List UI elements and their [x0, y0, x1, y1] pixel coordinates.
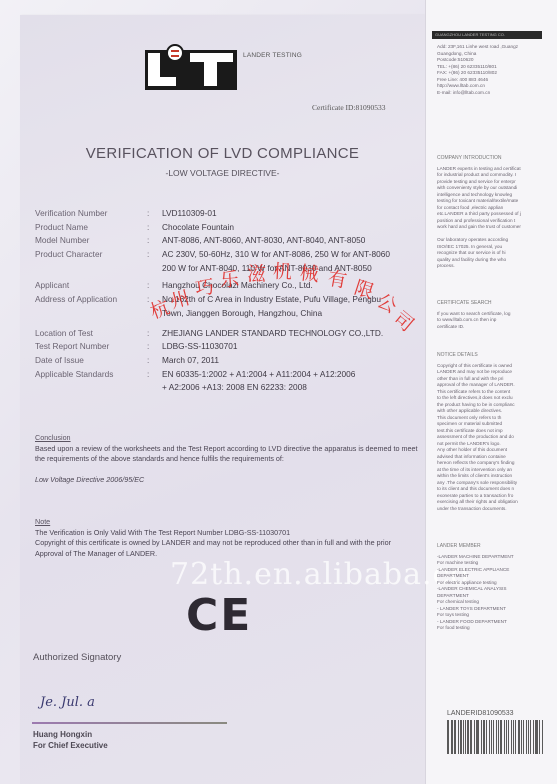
- field-separator: :: [147, 235, 149, 245]
- field-label: Product Name: [35, 222, 88, 232]
- field-value: LDBG-SS-11030701: [162, 341, 238, 351]
- field-row: Verification Number:LVD110309-01: [35, 208, 425, 222]
- member-line: For food testing: [437, 625, 555, 632]
- field-value: AC 230V, 50-60Hz, 310 W for ANT-8086, 25…: [162, 249, 390, 259]
- intro-line: process.: [437, 263, 555, 270]
- conclusion-section: Conclusion Based upon a review of the wo…: [35, 433, 420, 485]
- field-row: Location of Test:ZHEJIANG LANDER STANDAR…: [35, 328, 425, 342]
- lander-member: LANDER MEMBER-LANDER MACHINE DEPARTMENT …: [437, 543, 555, 632]
- directive-reference: Low Voltage Directive 2006/95/EC: [35, 475, 420, 486]
- field-label: Location of Test: [35, 328, 93, 338]
- note-heading: Note: [35, 517, 420, 528]
- certificate-sheet: [20, 15, 425, 784]
- field-row: Address of Application:No.162th of C Are…: [35, 294, 425, 308]
- signer-block: Huang Hongxin For Chief Executive: [33, 729, 108, 751]
- field-row: + A2:2006 +A13: 2008 EN 62233: 2008: [35, 382, 425, 396]
- intro-heading: COMPANY INTRODUCTION: [437, 155, 555, 162]
- field-value: Chocolate Fountain: [162, 222, 234, 232]
- field-list: Verification Number:LVD110309-01Product …: [35, 208, 425, 396]
- field-value: Town, Jianggen Borough, Hangzhou, China: [162, 308, 322, 318]
- field-value: ZHEJIANG LANDER STANDARD TECHNOLOGY CO.,…: [162, 328, 383, 338]
- field-row: Applicant:Hangzhou Chocolazi Machinery C…: [35, 280, 425, 294]
- field-value: 200 W for ANT-8040, 110 W for ANT-8030 a…: [162, 263, 372, 273]
- field-value: March 07, 2011: [162, 355, 219, 365]
- field-separator: :: [147, 208, 149, 218]
- field-separator: :: [147, 328, 149, 338]
- field-row: 200 W for ANT-8040, 110 W for ANT-8030 a…: [35, 263, 425, 277]
- field-label: Date of Issue: [35, 355, 84, 365]
- field-row: Model Number:ANT-8086, ANT-8060, ANT-803…: [35, 235, 425, 249]
- field-separator: :: [147, 294, 149, 304]
- member-heading: LANDER MEMBER: [437, 543, 555, 550]
- field-value: No.162th of C Area in Industry Estate, P…: [162, 294, 381, 304]
- field-row: Applicable Standards:EN 60335-1:2002 + A…: [35, 369, 425, 383]
- field-label: Model Number: [35, 235, 89, 245]
- signature-line: [32, 722, 227, 724]
- field-row: Product Name:Chocolate Fountain: [35, 222, 425, 236]
- document-title: VERIFICATION OF LVD COMPLIANCE: [20, 145, 425, 162]
- field-value: LVD110309-01: [162, 208, 217, 218]
- contact-info: Add: 23F,161 Linhe west road ,GuangzGuan…: [437, 44, 555, 96]
- barcode-icon: [447, 720, 544, 754]
- note-validity: The Verification is Only Valid With The …: [35, 528, 420, 539]
- field-value: + A2:2006 +A13: 2008 EN 62233: 2008: [162, 382, 307, 392]
- field-label: Test Report Number: [35, 341, 109, 351]
- field-label: Address of Application: [35, 294, 117, 304]
- search-line: certificate ID.: [437, 324, 555, 331]
- field-value: ANT-8086, ANT-8060, ANT-8030, ANT-8040, …: [162, 235, 365, 245]
- field-separator: :: [147, 249, 149, 259]
- field-separator: :: [147, 222, 149, 232]
- field-separator: :: [147, 341, 149, 351]
- notice-details: NOTICE DETAILSCopyright of this certific…: [437, 352, 555, 512]
- field-separator: :: [147, 355, 149, 365]
- field-label: Applicable Standards: [35, 369, 113, 379]
- contact-line: E-mail: info@lltab.com.cn: [437, 90, 555, 97]
- field-value: EN 60335-1:2002 + A1:2004 + A11:2004 + A…: [162, 369, 355, 379]
- field-row: Product Character:AC 230V, 50-60Hz, 310 …: [35, 249, 425, 263]
- field-value: Hangzhou Chocolazi Machinery Co., Ltd.: [162, 280, 313, 290]
- sidebar-header-bar: GUANGZHOU LANDER TESTING CO.: [432, 31, 542, 39]
- signer-name: Huang Hongxin: [33, 729, 108, 740]
- field-row: Test Report Number:LDBG-SS-11030701: [35, 341, 425, 355]
- lander-logo-icon: [145, 50, 237, 90]
- notice-line: under the transaction documents.: [437, 506, 555, 513]
- signature: Je. Jul. a: [40, 695, 95, 710]
- brand-name: LANDER TESTING: [243, 52, 302, 59]
- field-row: Date of Issue:March 07, 2011: [35, 355, 425, 369]
- document-subtitle: -LOW VOLTAGE DIRECTIVE-: [20, 168, 425, 178]
- note-copyright: Copyright of this certificate is owned b…: [35, 538, 420, 559]
- field-row: Town, Jianggen Borough, Hangzhou, China: [35, 308, 425, 322]
- signer-title: For Chief Executive: [33, 740, 108, 751]
- field-label: Verification Number: [35, 208, 107, 218]
- ce-mark-icon: CE: [186, 590, 252, 641]
- field-separator: :: [147, 280, 149, 290]
- note-section: Note The Verification is Only Valid With…: [35, 517, 420, 559]
- barcode-id: LANDERID81090533: [447, 710, 514, 717]
- certificate-search: CERTIFICATE SEARCHIf you want to search …: [437, 300, 555, 330]
- company-introduction: COMPANY INTRODUCTIONLANDER experts in te…: [437, 155, 555, 270]
- field-label: Applicant: [35, 280, 69, 290]
- search-heading: CERTIFICATE SEARCH: [437, 300, 555, 307]
- field-separator: :: [147, 369, 149, 379]
- notice-heading: NOTICE DETAILS: [437, 352, 555, 359]
- field-label: Product Character: [35, 249, 102, 259]
- conclusion-text: Based upon a review of the worksheets an…: [35, 444, 420, 465]
- certificate-id: Certificate ID:81090533: [312, 103, 386, 112]
- conclusion-heading: Conclusion: [35, 433, 420, 444]
- authorized-signatory-label: Authorized Signatory: [33, 652, 121, 663]
